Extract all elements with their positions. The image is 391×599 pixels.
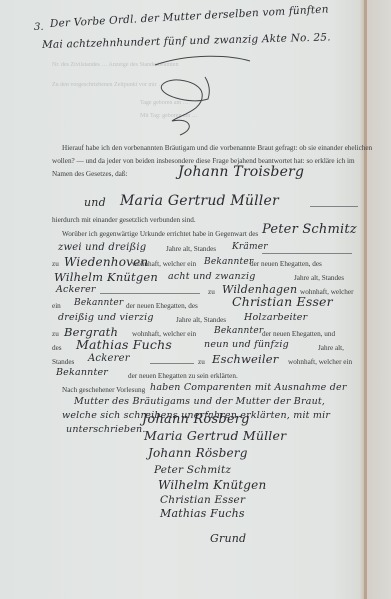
und-word: und [84,196,106,209]
printed-label: Jahre alt, Standes [294,274,344,282]
witness1-name: Peter Schmitz [262,222,357,237]
note-number: 3. [34,22,44,33]
witness1-age: zwei und dreißig [58,242,146,253]
marginal-note-line2: Mai achtzehnhundert fünf und zwanzig Akt… [42,31,331,51]
witness3-relation: Bekannter [214,326,263,336]
printed-label: wohnhaft, welcher ein [132,260,196,268]
printed-line: Worüber ich gegenwärtige Urkunde erricht… [62,230,258,238]
signature-witness1: Peter Schmitz [154,464,231,476]
signature-witness3: Christian Esser [160,494,245,506]
printed-label: der neuen Ehegatten, des [250,260,322,268]
fill-line [100,293,200,294]
witness3-name: Christian Esser [232,294,333,309]
witness4-relation: Bekannter [56,367,108,378]
strike-flourish [150,55,260,145]
printed-label: zu [52,260,59,268]
signature-groom-father: Johann Rösberg [148,446,248,460]
witness3-occupation: Holzarbeiter [244,312,307,323]
signature-witness2: Wilhelm Knütgen [158,478,266,492]
witness4-occupation: Ackerer [88,353,130,364]
printed-label: ein [52,302,61,310]
witness1-relation: Bekannter [204,257,253,267]
printed-label: zu [208,288,215,296]
witness2-relation: Bekannter [74,298,123,308]
witness2-name: Wilhelm Knütgen [54,270,158,284]
document-page: 3. Der Vorbe Ordl. der Mutter derselben … [0,0,391,599]
printed-label: zu [198,358,205,366]
signature-witness4: Mathias Fuchs [160,507,245,520]
printed-line: Hierauf habe ich den vorbenannten Bräuti… [62,144,372,152]
signature-groom: Johann Rösberg [142,412,250,427]
printed-label: Jahre alt, [318,344,344,352]
printed-label: der neuen Ehegatten, des [126,302,198,310]
witness4-age: neun und fünfzig [204,339,289,350]
groom-name: Johann Troisberg [178,164,304,180]
printed-label: des [52,344,62,352]
witness2-age: acht und zwanzig [168,271,256,282]
witness4-name: Mathias Fuchs [76,337,172,352]
handwritten-remark: Mutter des Bräutigams und der Mutter der… [74,396,325,407]
handwritten-remark: unterschrieben. [66,424,146,435]
printed-label: Standes [52,358,74,366]
printed-label: Jahre alt, Standes [176,316,226,324]
printed-line: der neuen Ehegatten zu sein erklärten. [128,372,238,380]
printed-label: Jahre alt, Standes [166,245,216,253]
printed-line: Nach geschehener Vorlesung [62,386,145,394]
marginal-note-line1: Der Vorbe Ordl. der Mutter derselben vom… [50,3,329,30]
printed-label: wohnhaft, welcher ein [288,358,352,366]
printed-line: hierdurch mit einander gesetzlich verbun… [52,216,196,224]
ghost-text: Zu den vorgeschriebenen Zeitpunkt vor mi… [52,82,164,88]
handwritten-remark: haben Comparenten mit Ausnahme der [150,382,347,393]
printed-line: Namen des Gesetzes, daß: [52,170,127,178]
page-margin-right [367,0,391,599]
printed-label: zu [52,330,59,338]
bride-name: Maria Gertrud Müller [120,193,279,209]
fill-line [150,363,194,364]
witness3-age: dreißig und vierzig [58,312,154,323]
fill-line [262,253,352,254]
witness4-residence: Eschweiler [212,352,278,366]
witness1-occupation: Krämer [232,242,268,252]
signature-bride: Maria Gertrud Müller [144,428,286,443]
fill-line [310,206,358,207]
printed-label: der neuen Ehegatten, und [262,330,335,338]
witness2-occupation: Ackerer [56,284,96,295]
signature-official: Grund [210,532,246,545]
